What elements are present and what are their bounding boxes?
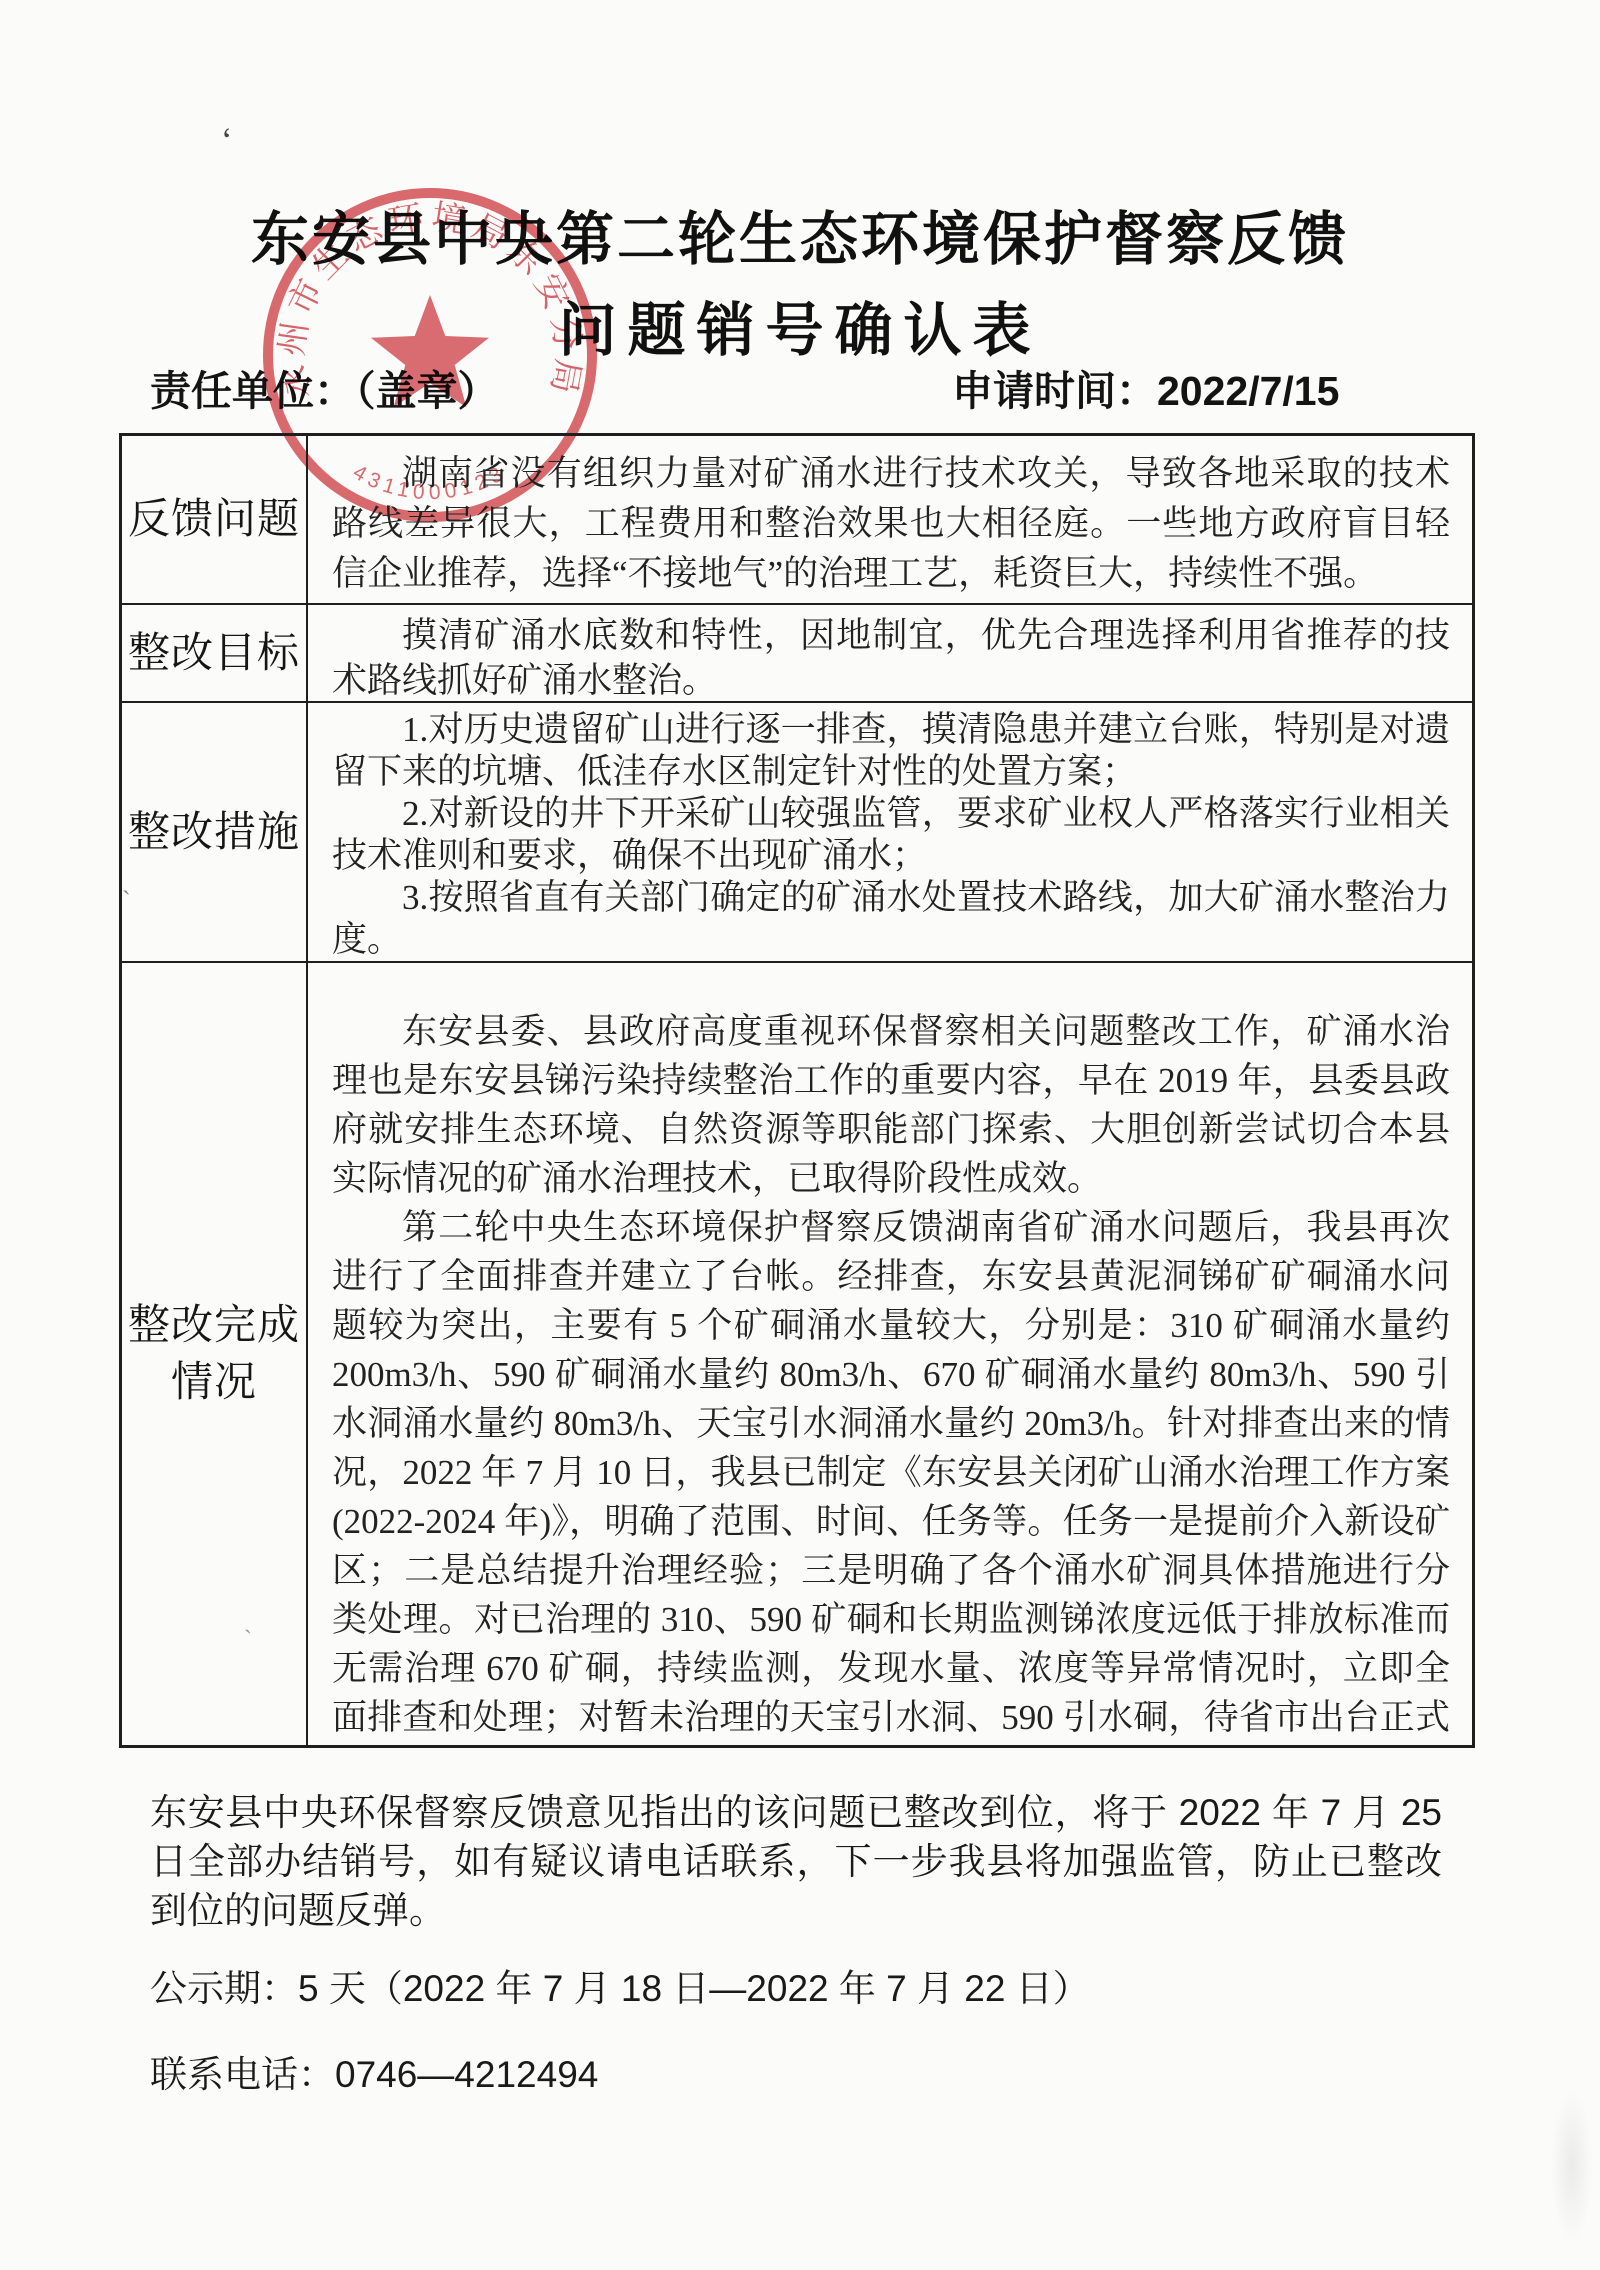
scan-stray-mark: ʻ	[219, 121, 236, 160]
row-content-rectification-measures: 1.对历史遗留矿山进行逐一排查，摸清隐患并建立台账，特别是对遗留下来的坑塘、低洼…	[308, 703, 1472, 961]
publicity-period: 公示期：5 天（2022 年 7 月 18 日—2022 年 7 月 22 日）	[150, 1958, 1090, 2012]
scan-smudge	[1460, 2010, 1600, 2270]
confirmation-table: 反馈问题 湖南省没有组织力量对矿涌水进行技术攻关，导致各地采取的技术路线差异很大…	[119, 433, 1475, 1748]
contact-phone: 联系电话：0746—4212494	[150, 2044, 598, 2098]
row-label-rectification-goal: 整改目标	[122, 605, 308, 701]
content-paragraph: 3.按照省直有关部门确定的矿涌水处置技术路线，加大矿涌水整治力度。	[332, 877, 1450, 961]
table-row-rectification-goal: 整改目标 摸清矿涌水底数和特性，因地制宜，优先合理选择利用省推荐的技术路线抓好矿…	[122, 605, 1472, 703]
row-label-text: 整改完成情况	[128, 1297, 300, 1410]
content-paragraph: 1.对历史遗留矿山进行逐一排查，摸清隐患并建立台账，特别是对遗留下来的坑塘、低洼…	[332, 709, 1450, 793]
row-content-feedback-problem: 湖南省没有组织力量对矿涌水进行技术攻关，导致各地采取的技术路线差异很大，工程费用…	[308, 436, 1472, 603]
apply-time: 申请时间：2022/7/15	[952, 358, 1339, 417]
content-paragraph: 东安县委、县政府高度重视环保督察相关问题整改工作，矿涌水治理也是东安县锑污染持续…	[332, 1007, 1450, 1203]
row-content-completion-status: 东安县委、县政府高度重视环保督察相关问题整改工作，矿涌水治理也是东安县锑污染持续…	[308, 963, 1472, 1745]
stamp-star-icon	[371, 295, 489, 407]
scanned-document-page: 东安县中央第二轮生态环境保护督察反馈 问题销号确认表 责任单位：（盖章） 申请时…	[0, 0, 1600, 2270]
closure-statement: 东安县中央环保督察反馈意见指出的该问题已整改到位，将于 2022 年 7 月 2…	[150, 1788, 1442, 1935]
content-paragraph: 2.对新设的井下开采矿山较强监管，要求矿业权人严格落实行业相关技术准则和要求，确…	[332, 793, 1450, 877]
content-paragraph: 摸清矿涌水底数和特性，因地制宜，优先合理选择利用省推荐的技术路线抓好矿涌水整治。	[332, 613, 1450, 701]
table-row-completion-status: 整改完成情况 东安县委、县政府高度重视环保督察相关问题整改工作，矿涌水治理也是东…	[122, 963, 1472, 1745]
content-paragraph: 湖南省没有组织力量对矿涌水进行技术攻关，导致各地采取的技术路线差异很大，工程费用…	[332, 449, 1450, 599]
content-paragraph: 第二轮中央生态环境保护督察反馈湖南省矿涌水问题后，我县再次进行了全面排查并建立了…	[332, 1203, 1450, 1745]
row-label-rectification-measures: 整改措施	[122, 703, 308, 961]
row-content-rectification-goal: 摸清矿涌水底数和特性，因地制宜，优先合理选择利用省推荐的技术路线抓好矿涌水整治。	[308, 605, 1472, 701]
row-label-text: 整改措施	[128, 804, 300, 861]
row-label-feedback-problem: 反馈问题	[122, 436, 308, 603]
apply-time-label: 申请时间：	[952, 368, 1157, 414]
row-label-completion-status: 整改完成情况	[122, 963, 308, 1745]
document-title-line1: 东安县中央第二轮生态环境保护督察反馈	[0, 192, 1600, 276]
row-label-text: 整改目标	[128, 625, 300, 682]
apply-time-value: 2022/7/15	[1157, 368, 1339, 414]
table-row-rectification-measures: 整改措施 1.对历史遗留矿山进行逐一排查，摸清隐患并建立台账，特别是对遗留下来的…	[122, 703, 1472, 963]
table-row-feedback-problem: 反馈问题 湖南省没有组织力量对矿涌水进行技术攻关，导致各地采取的技术路线差异很大…	[122, 436, 1472, 605]
row-label-text: 反馈问题	[128, 491, 300, 548]
document-title-line2: 问题销号确认表	[0, 283, 1600, 367]
